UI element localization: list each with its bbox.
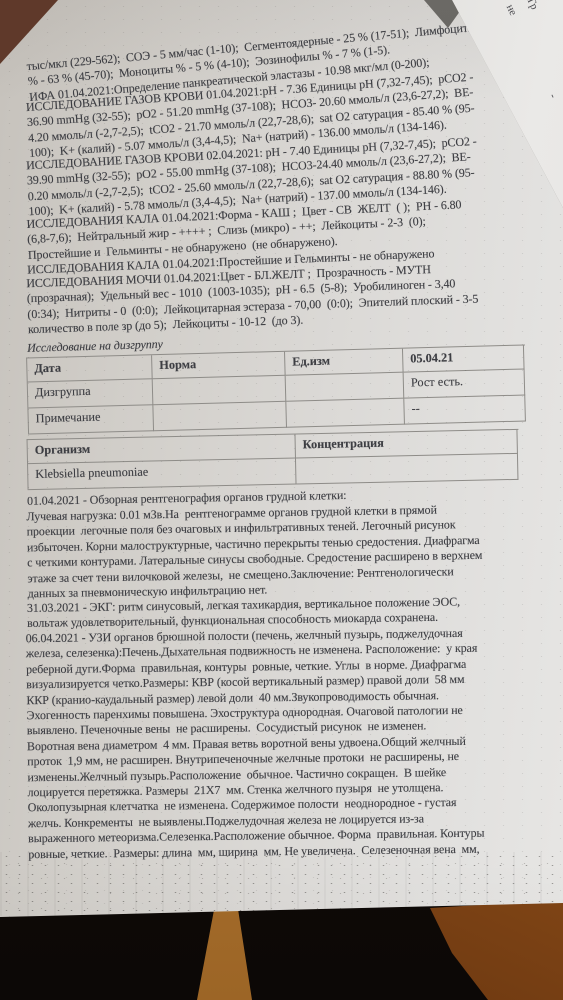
overlay-sheet-text-fragment: не	[504, 3, 520, 18]
document-photo: тыс/мкл (229-562); СОЭ - 5 мм/час (1-10)…	[0, 0, 563, 1000]
paper-sheet: тыс/мкл (229-562); СОЭ - 5 мм/час (1-10)…	[0, 0, 563, 1000]
overlay-sheet-text-fragment: Гр	[525, 0, 541, 12]
overlay-sheet-text-fragment: -	[547, 92, 559, 101]
paper-grain	[0, 0, 563, 1000]
